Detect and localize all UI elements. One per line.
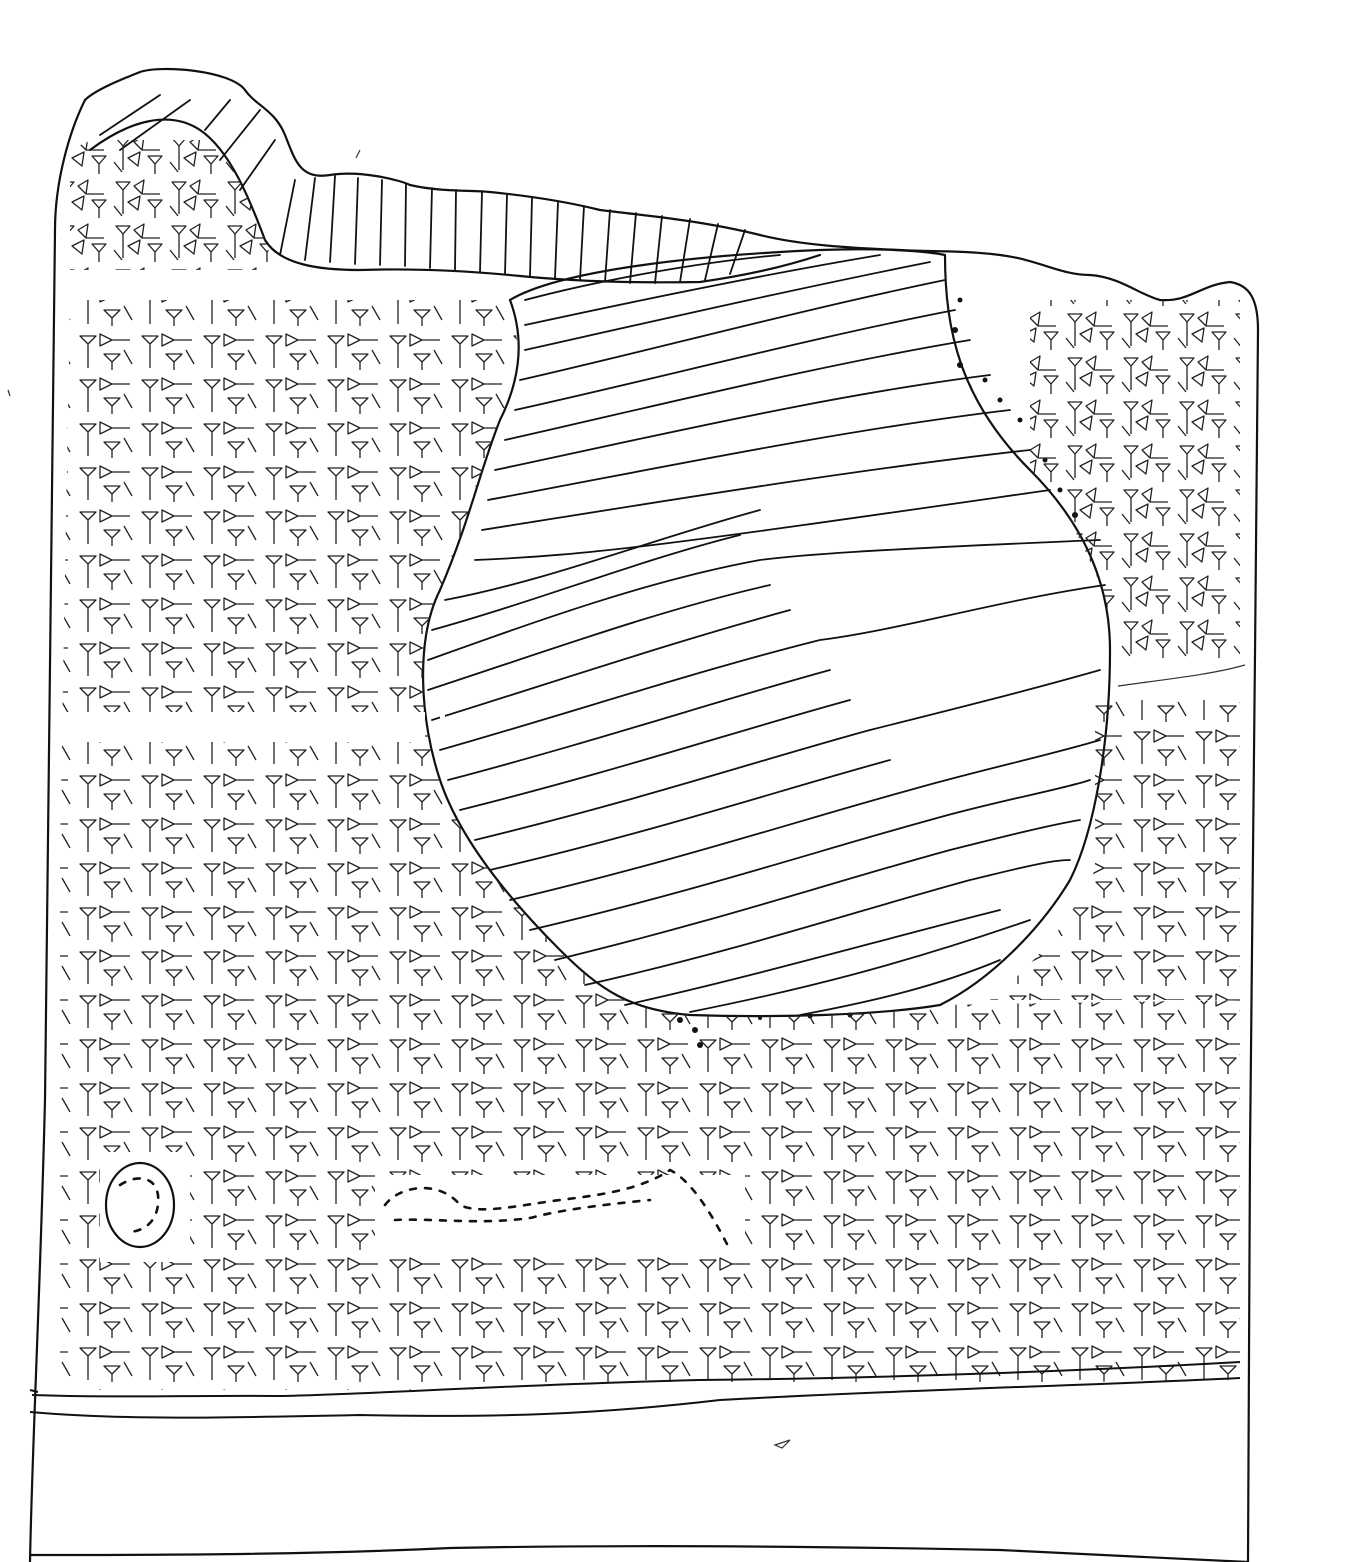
dotted-erasure	[375, 1170, 745, 1255]
column-divider	[1118, 665, 1245, 686]
text-gaps	[60, 712, 445, 742]
circle-mark	[100, 1152, 190, 1262]
figure-title: Cuneiform tablet hand copy (line drawing…	[0, 0, 1, 1]
right-column-text	[990, 300, 1240, 1000]
top-left-column-text	[70, 140, 280, 275]
tablet-bottom-edge	[30, 1546, 1248, 1562]
tablet-drawing: Cuneiform tablet hand copy (line drawing…	[0, 0, 1345, 1562]
